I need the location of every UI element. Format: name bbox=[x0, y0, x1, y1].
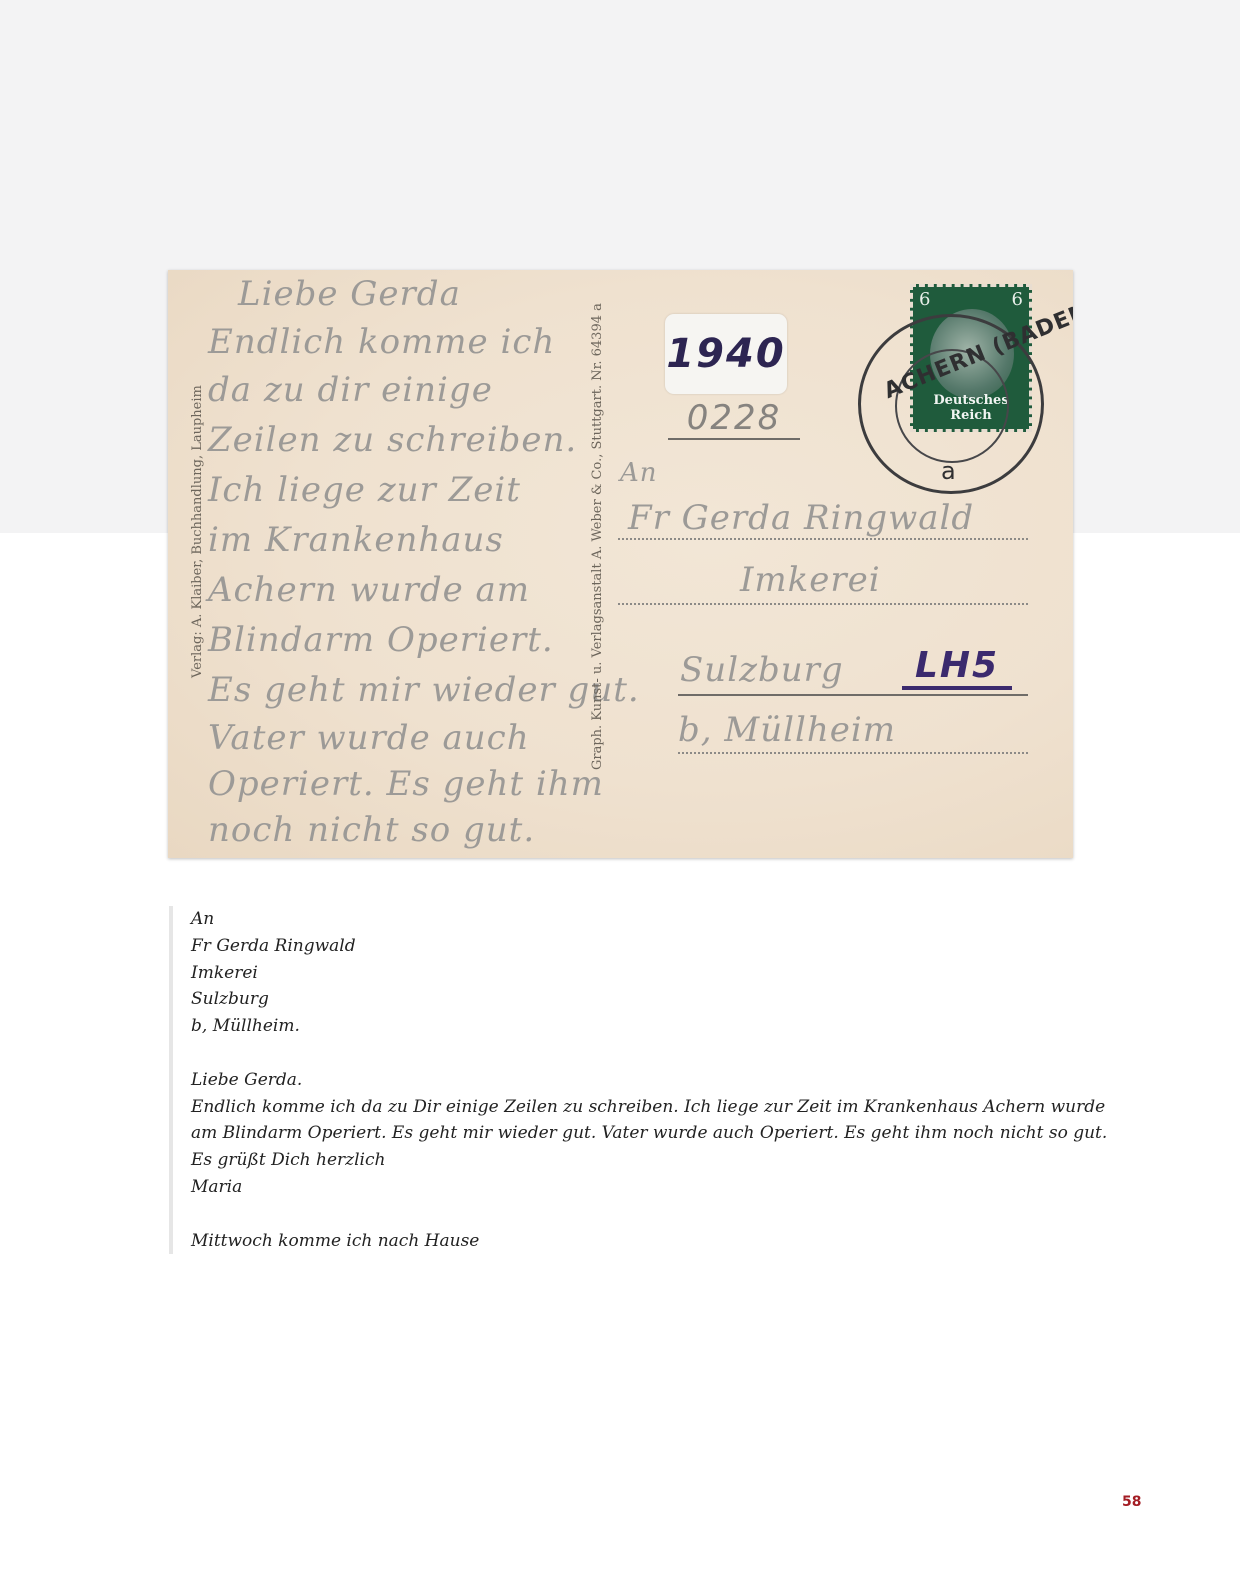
address-salutation: An bbox=[620, 458, 658, 488]
message-line: Operiert. Es geht ihm bbox=[208, 764, 604, 804]
transcription-line: Endlich komme ich da zu Dir einige Zeile… bbox=[191, 1094, 1091, 1121]
transcription-line: Fr Gerda Ringwald bbox=[191, 933, 1091, 960]
address-line4: b, Müllheim bbox=[678, 710, 896, 750]
message-line: Blindarm Operiert. bbox=[208, 620, 554, 660]
inventory-number: 0228 bbox=[668, 398, 800, 440]
transcription-line: Mittwoch komme ich nach Hause bbox=[191, 1228, 1091, 1255]
transcription-line: An bbox=[191, 906, 1091, 933]
postmark-letter: a bbox=[941, 457, 956, 485]
message-line: Vater wurde auch bbox=[208, 718, 530, 758]
message-line: da zu dir einige bbox=[208, 370, 493, 410]
transcription-line: Es grüßt Dich herzlich bbox=[191, 1147, 1091, 1174]
message-line: im Krankenhaus bbox=[208, 520, 504, 560]
message-line: Es geht mir wieder gut. bbox=[208, 670, 640, 710]
transcription-line: Liebe Gerda. bbox=[191, 1067, 1091, 1094]
address-line2: Imkerei bbox=[740, 560, 881, 600]
transcription-blockquote: An Fr Gerda Ringwald Imkerei Sulzburg b,… bbox=[169, 906, 1091, 1254]
address-dotted-line bbox=[618, 603, 1028, 605]
sorting-code: LH5 bbox=[902, 646, 1012, 690]
message-line: noch nicht so gut. bbox=[208, 810, 535, 850]
transcription-line: Maria bbox=[191, 1174, 1091, 1201]
address-dotted-line bbox=[678, 752, 1028, 754]
address-dotted-line bbox=[618, 538, 1028, 540]
transcription-line: Sulzburg bbox=[191, 986, 1091, 1013]
page-number: 58 bbox=[1122, 1494, 1141, 1510]
postmark: ACHERN (BADEN) a bbox=[858, 314, 1044, 494]
postcard-image: Liebe Gerda Endlich komme ich da zu dir … bbox=[168, 270, 1073, 858]
transcription-line: b, Müllheim. bbox=[191, 1013, 1091, 1040]
stamp-value: 6 bbox=[919, 289, 930, 310]
message-line: Achern wurde am bbox=[208, 570, 530, 610]
transcription-line bbox=[191, 1201, 1091, 1228]
transcription-line: Imkerei bbox=[191, 960, 1091, 987]
address-name: Fr Gerda Ringwald bbox=[628, 498, 974, 538]
address-underline bbox=[678, 694, 1028, 696]
publisher-imprint-left: Verlag: A. Klaiber, Buchhandlung, Lauphe… bbox=[190, 385, 205, 678]
transcription-line bbox=[191, 1040, 1091, 1067]
address-city: Sulzburg bbox=[680, 650, 844, 690]
publisher-imprint-right: Graph. Kunst- u. Verlagsanstalt A. Weber… bbox=[590, 303, 605, 770]
year-label: 1940 bbox=[665, 314, 787, 394]
transcription-line: am Blindarm Operiert. Es geht mir wieder… bbox=[191, 1120, 1091, 1147]
message-line: Endlich komme ich bbox=[208, 322, 555, 362]
stamp-value: 6 bbox=[1012, 289, 1023, 310]
message-line: Ich liege zur Zeit bbox=[208, 470, 521, 510]
message-line: Zeilen zu schreiben. bbox=[208, 420, 577, 460]
message-line: Liebe Gerda bbox=[238, 274, 461, 314]
